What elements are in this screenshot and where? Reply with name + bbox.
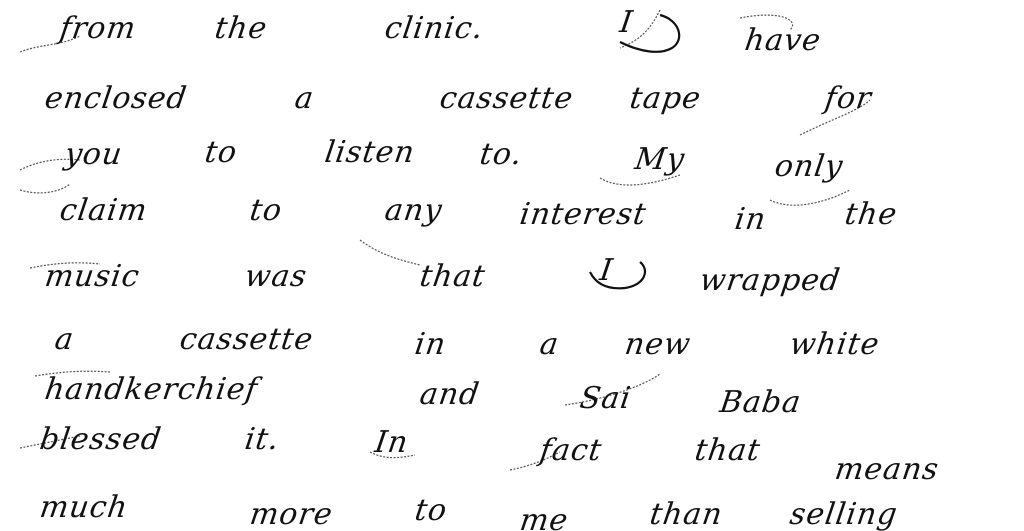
word: any	[383, 196, 444, 226]
word: in	[733, 205, 768, 235]
word: cassette	[178, 325, 315, 355]
word: blessed	[38, 425, 164, 455]
word: enclosed	[43, 84, 189, 114]
word: handkerchief	[43, 375, 260, 405]
handwritten-letter-page: from the clinic. I have enclosed a casse…	[0, 0, 1024, 531]
word: it.	[243, 425, 281, 455]
word: white	[788, 330, 882, 360]
word: Sai	[578, 384, 633, 414]
word: much	[38, 493, 130, 523]
word: was	[243, 262, 309, 292]
word: have	[743, 26, 823, 56]
word: than	[648, 500, 725, 530]
word: a	[538, 330, 561, 360]
word: in	[413, 330, 448, 360]
word: to.	[478, 140, 524, 170]
word: to	[248, 196, 284, 226]
word: listen	[323, 138, 417, 168]
word: claim	[58, 196, 150, 226]
word: music	[43, 262, 142, 292]
word: the	[213, 14, 269, 44]
word: clinic.	[383, 14, 485, 44]
word: I	[598, 256, 615, 286]
word: from	[58, 14, 138, 44]
word: fact	[538, 436, 604, 466]
word: means	[833, 455, 941, 485]
word: to	[203, 138, 239, 168]
word: a	[293, 84, 316, 114]
word: In	[373, 428, 410, 458]
word: interest	[518, 200, 648, 230]
word: the	[843, 200, 899, 230]
word: me	[518, 506, 570, 531]
word: a	[53, 325, 76, 355]
word: for	[823, 84, 874, 114]
word: selling	[788, 500, 900, 530]
word: cassette	[438, 84, 575, 114]
word: that	[418, 262, 488, 292]
word: only	[773, 152, 845, 182]
word: My	[633, 145, 687, 175]
word: you	[63, 140, 125, 170]
word: new	[623, 330, 693, 360]
word: Baba	[718, 388, 803, 418]
word: more	[248, 500, 335, 530]
word: I	[618, 8, 635, 38]
word: wrapped	[698, 266, 842, 296]
word: to	[413, 496, 449, 526]
word: that	[693, 436, 763, 466]
word: tape	[628, 84, 703, 114]
word: and	[418, 380, 482, 410]
